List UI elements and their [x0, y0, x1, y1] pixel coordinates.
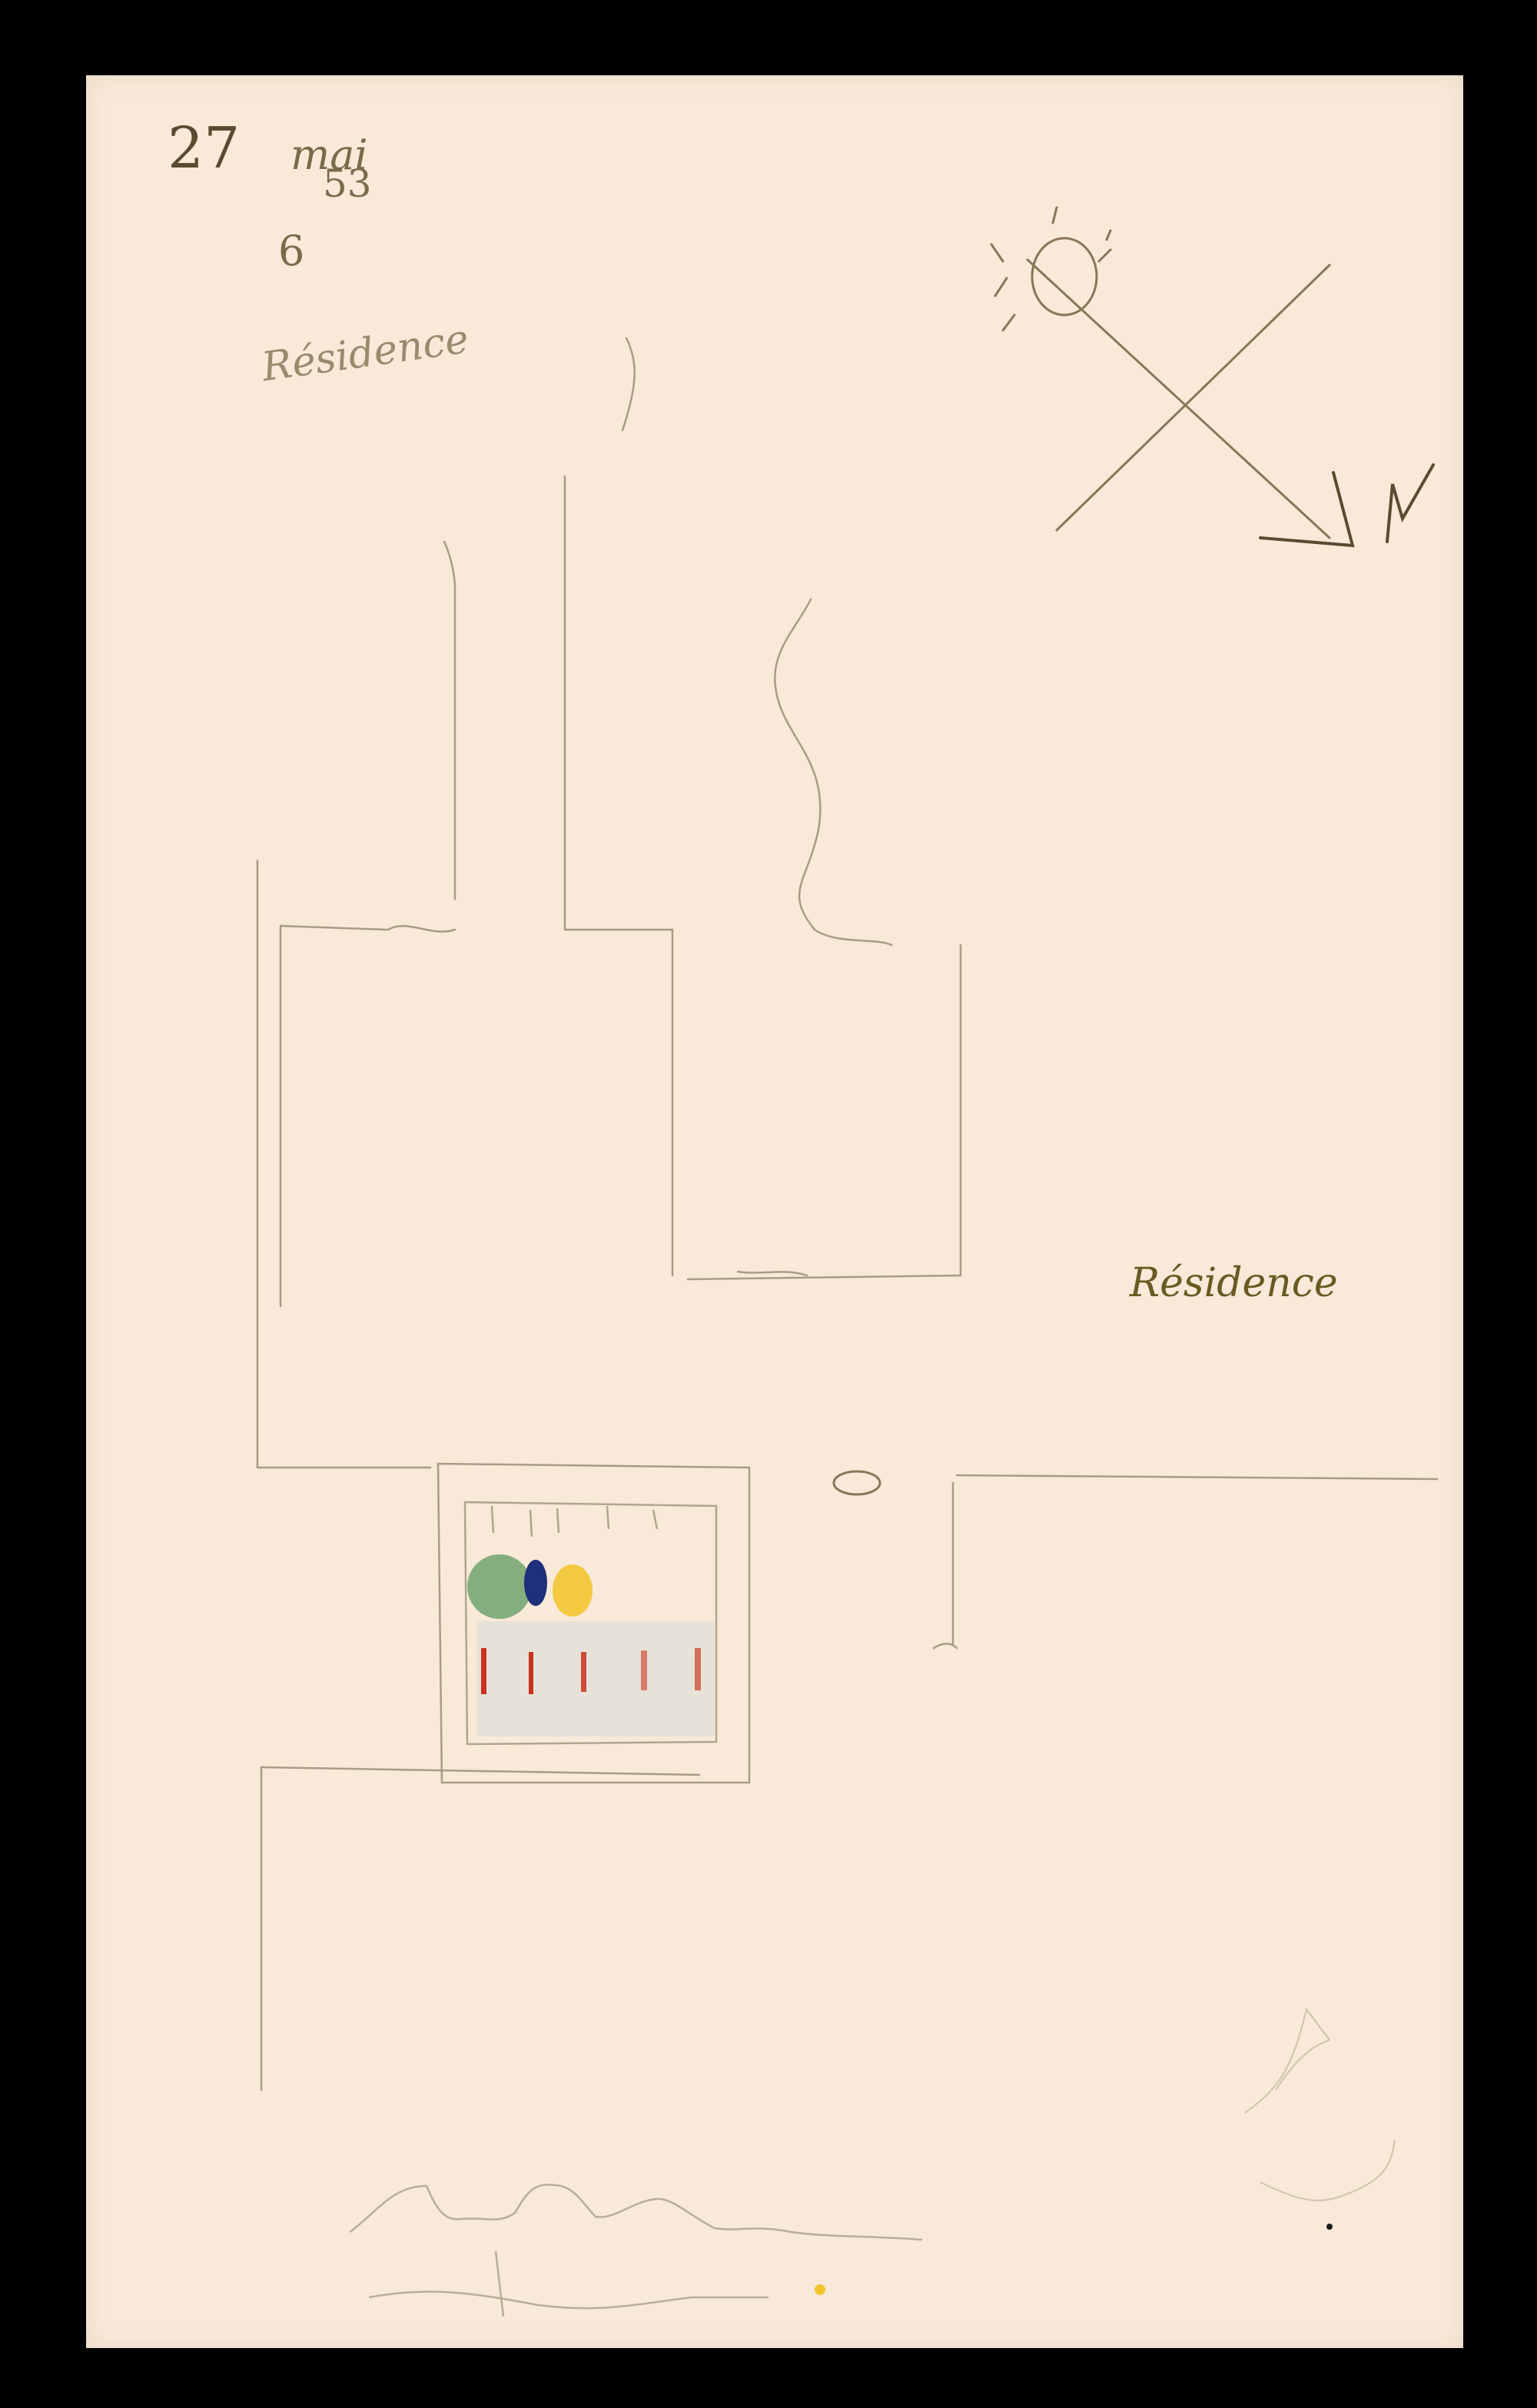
north-arrow [1260, 465, 1433, 546]
sun-icon [991, 207, 1110, 330]
date-day: 27 [168, 115, 240, 181]
architectural-sketch [0, 0, 1537, 2408]
faint-figure-outline [1245, 2009, 1395, 2201]
small-circle-icon [834, 1471, 880, 1494]
landscape-outline [350, 2184, 922, 2317]
orientation-cross [1027, 260, 1330, 538]
date-year: 53 [323, 161, 372, 206]
building-plan-outline [257, 338, 1437, 2090]
ink-dot [1326, 2224, 1333, 2230]
yellow-mark [815, 2284, 825, 2295]
sheet-number: 6 [278, 227, 304, 275]
colored-swatches [467, 1554, 715, 1736]
residence-note-right: Résidence [1130, 1260, 1338, 1306]
